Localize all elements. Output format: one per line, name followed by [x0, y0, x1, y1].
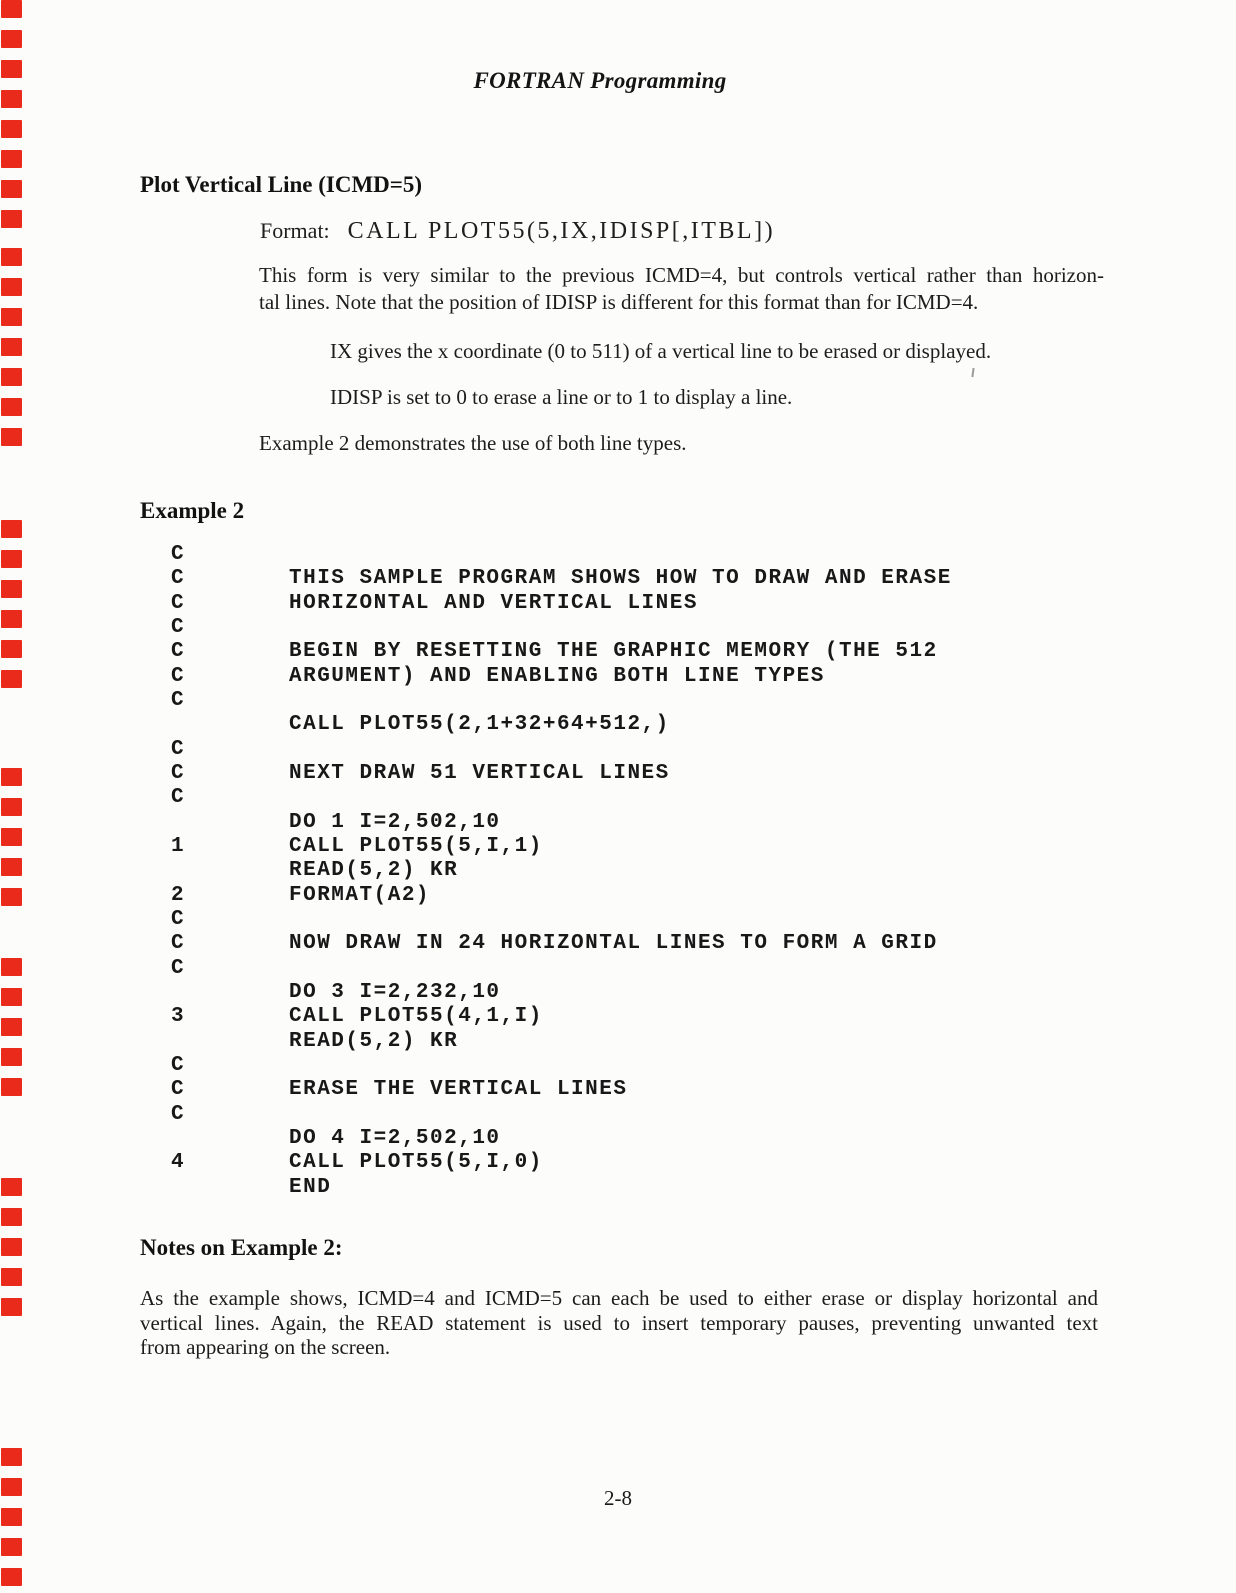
code-line: CHORIZONTAL AND VERTICAL LINES [0, 592, 1236, 616]
code-line: 1CALL PLOT55(5,I,1) [0, 835, 1236, 859]
code-text: DO 4 I=2,502,10 [289, 1127, 501, 1151]
code-text: NEXT DRAW 51 VERTICAL LINES [289, 762, 670, 786]
paragraph-line: tal lines. Note that the position of IDI… [259, 289, 1104, 316]
scan-artifact [971, 368, 974, 377]
edge-dash [1, 150, 22, 168]
code-text: CALL PLOT55(5,I,0) [289, 1151, 543, 1175]
code-line: CBEGIN BY RESETTING THE GRAPHIC MEMORY (… [0, 640, 1236, 664]
code-text: READ(5,2) KR [289, 859, 458, 883]
code-text: READ(5,2) KR [289, 1030, 458, 1054]
example-intro: Example 2 demonstrates the use of both l… [259, 430, 687, 457]
code-line: C [0, 957, 1236, 981]
edge-dash [1, 1568, 22, 1586]
edge-dash [1, 338, 22, 356]
code-line: CNOW DRAW IN 24 HORIZONTAL LINES TO FORM… [0, 932, 1236, 956]
code-line: CALL PLOT55(2,1+32+64+512,) [0, 713, 1236, 737]
ix-definition: IX gives the x coordinate (0 to 511) of … [330, 338, 991, 365]
intro-paragraph: This form is very similar to the previou… [259, 262, 1104, 315]
statement-label: C [171, 543, 185, 567]
statement-label: C [171, 786, 185, 810]
code-text: ERASE THE VERTICAL LINES [289, 1078, 627, 1102]
edge-dash [1, 1448, 22, 1466]
statement-label: C [171, 908, 185, 932]
code-line: C [0, 738, 1236, 762]
format-syntax: CALL PLOT55(5,IX,IDISP[,ITBL]) [348, 218, 775, 244]
edge-dash [1, 1268, 22, 1286]
code-text: DO 1 I=2,502,10 [289, 811, 501, 835]
edge-dash [1, 1298, 22, 1316]
statement-label: C [171, 592, 185, 616]
code-line: 4CALL PLOT55(5,I,0) [0, 1151, 1236, 1175]
scanned-manual-page: FORTRAN Programming Plot Vertical Line (… [0, 0, 1236, 1593]
code-line: 3CALL PLOT55(4,1,I) [0, 1005, 1236, 1029]
code-text: NOW DRAW IN 24 HORIZONTAL LINES TO FORM … [289, 932, 938, 956]
notes-heading: Notes on Example 2: [140, 1234, 343, 1262]
idisp-definition: IDISP is set to 0 to erase a line or to … [330, 384, 792, 411]
edge-dash [1, 0, 22, 18]
code-line: 2FORMAT(A2) [0, 884, 1236, 908]
code-line: DO 4 I=2,502,10 [0, 1127, 1236, 1151]
code-line: READ(5,2) KR [0, 1030, 1236, 1054]
notes-paragraph: As the example shows, ICMD=4 and ICMD=5 … [140, 1286, 1098, 1360]
statement-label: C [171, 932, 185, 956]
code-line: C [0, 543, 1236, 567]
edge-dash [1, 180, 22, 198]
edge-dash [1, 308, 22, 326]
code-line: CARGUMENT) AND ENABLING BOTH LINE TYPES [0, 665, 1236, 689]
edge-dash [1, 1238, 22, 1256]
edge-dash [1, 368, 22, 386]
code-line: C [0, 1103, 1236, 1127]
code-line: C [0, 616, 1236, 640]
statement-label: C [171, 1054, 185, 1078]
statement-label: C [171, 1078, 185, 1102]
code-text: FORMAT(A2) [289, 884, 430, 908]
code-text: HORIZONTAL AND VERTICAL LINES [289, 592, 698, 616]
code-text: DO 3 I=2,232,10 [289, 981, 501, 1005]
code-line: C [0, 1054, 1236, 1078]
paragraph-line: from appearing on the screen. [140, 1335, 1098, 1360]
statement-label: 1 [171, 835, 185, 859]
paragraph-line: vertical lines. Again, the READ statemen… [140, 1311, 1098, 1336]
statement-label: C [171, 957, 185, 981]
format-label: Format: [260, 218, 330, 243]
code-text: THIS SAMPLE PROGRAM SHOWS HOW TO DRAW AN… [289, 567, 952, 591]
code-line: DO 3 I=2,232,10 [0, 981, 1236, 1005]
code-line: CERASE THE VERTICAL LINES [0, 1078, 1236, 1102]
code-line: CNEXT DRAW 51 VERTICAL LINES [0, 762, 1236, 786]
statement-label: C [171, 689, 185, 713]
code-line: DO 1 I=2,502,10 [0, 811, 1236, 835]
edge-dash [1, 398, 22, 416]
statement-label: C [171, 665, 185, 689]
statement-label: 3 [171, 1005, 185, 1029]
statement-label: 4 [171, 1151, 185, 1175]
edge-dash [1, 1538, 22, 1556]
code-text: CALL PLOT55(2,1+32+64+512,) [289, 713, 670, 737]
statement-label: 2 [171, 884, 185, 908]
page-number: 2-8 [0, 1486, 1236, 1511]
statement-label: C [171, 738, 185, 762]
statement-label: C [171, 1103, 185, 1127]
statement-label: C [171, 640, 185, 664]
running-header: FORTRAN Programming [0, 68, 1218, 94]
code-line: READ(5,2) KR [0, 859, 1236, 883]
code-line: C [0, 786, 1236, 810]
edge-dash [1, 120, 22, 138]
code-line: END [0, 1176, 1236, 1200]
code-block: CCTHIS SAMPLE PROGRAM SHOWS HOW TO DRAW … [0, 543, 1236, 1200]
code-line: CTHIS SAMPLE PROGRAM SHOWS HOW TO DRAW A… [0, 567, 1236, 591]
code-text: CALL PLOT55(5,I,1) [289, 835, 543, 859]
edge-dash [1, 30, 22, 48]
statement-label: C [171, 567, 185, 591]
statement-label: C [171, 762, 185, 786]
edge-dash [1, 1208, 22, 1226]
code-text: ARGUMENT) AND ENABLING BOTH LINE TYPES [289, 665, 825, 689]
edge-dash [1, 278, 22, 296]
code-text: BEGIN BY RESETTING THE GRAPHIC MEMORY (T… [289, 640, 938, 664]
edge-dash [1, 210, 22, 228]
code-line: C [0, 689, 1236, 713]
paragraph-line: This form is very similar to the previou… [259, 262, 1104, 289]
statement-label: C [171, 616, 185, 640]
code-line: C [0, 908, 1236, 932]
edge-dash [1, 520, 22, 538]
code-text: CALL PLOT55(4,1,I) [289, 1005, 543, 1029]
format-line: Format:CALL PLOT55(5,IX,IDISP[,ITBL]) [260, 217, 775, 245]
paragraph-line: As the example shows, ICMD=4 and ICMD=5 … [140, 1286, 1098, 1311]
edge-dash [1, 248, 22, 266]
edge-dash [1, 428, 22, 446]
section-title: Plot Vertical Line (ICMD=5) [140, 171, 422, 199]
example-heading: Example 2 [140, 497, 244, 525]
code-text: END [289, 1176, 331, 1200]
